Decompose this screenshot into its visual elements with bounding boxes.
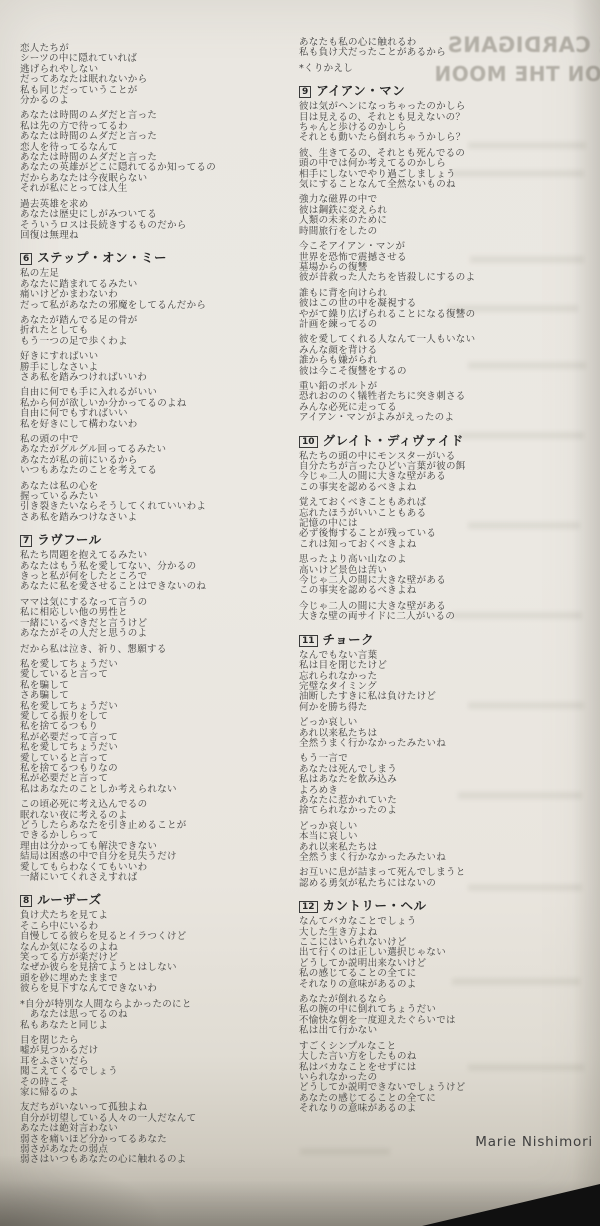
- lyric-line: それなりの意味があるのよ: [299, 980, 594, 990]
- lyric-line: 分かるのよ: [20, 96, 294, 106]
- lyric-line: 気にすることなんて全然ないものね: [299, 180, 594, 190]
- stanza: 思ったより高い山なのよ高いけど景色は苦い今じゃ二人の間に大きな壁があるこの事実を…: [299, 555, 594, 597]
- lyric-line: さあ私を踏みつければいいわ: [20, 373, 294, 383]
- track-number-badge: 7: [20, 535, 32, 547]
- lyric-line: 時間旅行をしたの: [299, 227, 594, 237]
- stanza: 私の頭の中であなたがグルグル回ってるみたいあなたが私の前にいるからいつもあなたの…: [20, 435, 294, 477]
- scan-corner-shadow-left: [0, 1156, 160, 1226]
- stanza: どっか哀しい本当に哀しいあれ以来私たちは全然うまく行かなかったみたいね: [299, 822, 594, 864]
- lyric-line: 私は出て行かない: [299, 1026, 594, 1036]
- stanza: 今じゃ二人の間に大きな壁がある大きな壁の両サイドに二人がいるの: [299, 602, 594, 623]
- song-title: 7ラヴフール: [20, 533, 294, 547]
- stanza: *くりかえし: [299, 64, 594, 74]
- stanza: 覚えておくべきこともあれば忘れたほうがいいこともある記憶の中には必ず後悔すること…: [299, 498, 594, 550]
- lyric-line: 彼らを見下すなんてできないわ: [20, 984, 294, 994]
- lyric-line: 私を好きにして構わないわ: [20, 420, 294, 430]
- stanza: ママは気にするなって言うの私に相応しい他の男性と一緒にいるべきだと言うけどあなた…: [20, 598, 294, 640]
- song-title-text: ラヴフール: [37, 532, 101, 547]
- stanza: 誰もに背を向けられ彼はこの世の中を凝視するやがて繰り広げられることになる復讐の計…: [299, 289, 594, 331]
- lyric-line: *くりかえし: [299, 64, 594, 74]
- lyric-line: 私はあなたのことしか考えられない: [20, 785, 294, 795]
- track-number-badge: 9: [299, 86, 311, 98]
- song-title: 9アイアン・マン: [299, 84, 594, 98]
- lyric-line: 好きにすればいい: [20, 352, 294, 362]
- lyric-line: 回復は無理ね: [20, 231, 294, 241]
- stanza: なんでもない言葉私は目を閉じたけど忘れられなかった完璧なタイミング油断したすきに…: [299, 651, 594, 713]
- lyric-line: 大きな壁の両サイドに二人がいるの: [299, 612, 594, 622]
- lyric-line: アイアン・マンがよみがえったのよ: [299, 413, 594, 423]
- lyric-line: 計画を練ってるの: [299, 320, 594, 330]
- lyric-line: 家に帰るのよ: [20, 1088, 294, 1098]
- stanza: 私を愛してちょうだい愛していると言って私を騙してさあ騙して私を愛してちょうだい愛…: [20, 660, 294, 795]
- stanza: 好きにすればいい勝手にしなさいよさあ私を踏みつければいいわ: [20, 352, 294, 383]
- track-number-badge: 6: [20, 253, 32, 265]
- song-title-text: ステップ・オン・ミー: [37, 250, 167, 265]
- stanza: 私たちの頭の中にモンスターがいる自分たちが言ったひどい言葉が彼の餌今じゃ二人の間…: [299, 452, 594, 494]
- lyric-line: 大した言い方をしたものね: [299, 1052, 594, 1062]
- lyric-line: 私は目を閉じたけど: [299, 661, 594, 671]
- lyric-line: だって私があなたの邪魔をしてるんだから: [20, 301, 294, 311]
- stanza: この頃必死に考え込んでるの眠れない夜に考えるのよどうしたらあなたを引き止めること…: [20, 800, 294, 883]
- lyric-line: あなたは絶対言わない: [20, 1124, 294, 1134]
- song-title-text: ルーザーズ: [37, 892, 101, 907]
- stanza: 自由に何でも手に入れるがいい私から何が欲しいか分かってるのよね自由に何でもすれば…: [20, 388, 294, 430]
- lyric-line: もう一つの足で歩くわよ: [20, 337, 294, 347]
- song-title-text: チョーク: [323, 632, 375, 647]
- stanza: もう一言であなたは死んでしまう私はあなたを飲み込みよろめきあなたに惹かれていた捨…: [299, 754, 594, 816]
- lyric-line: いつもあなたのことを考えてる: [20, 466, 294, 476]
- stanza: 恋人たちがシーツの中に隠れていれば逃げられやしないだってあなたは眠れないから私も…: [20, 44, 294, 106]
- lyrics-column-right: あなたも私の心に触れるわ私も負け犬だったことがあるから*くりかえし9アイアン・マ…: [299, 38, 594, 1120]
- lyric-line: さあ私を踏みつけなさいよ: [20, 513, 294, 523]
- track-number-badge: 10: [299, 436, 318, 448]
- lyric-line: この事実を認めるべきよね: [299, 483, 594, 493]
- stanza: 目を閉じたら嘘が見つかるだけ耳をふさいだら聞こえてくるでしょうその時こそ家に帰る…: [20, 1036, 294, 1098]
- song-title-text: グレイト・ディヴァイド: [323, 433, 464, 448]
- track-number-badge: 8: [20, 895, 32, 907]
- lyric-line: 私はあなたを飲み込み: [299, 775, 594, 785]
- song-title: 11チョーク: [299, 633, 594, 647]
- lyric-line: あなたに私を愛させることはできないのね: [20, 582, 294, 592]
- stanza: 彼は気がヘンになっちゃったのかしら目は見えるの、それとも見えないの？ちゃんと歩け…: [299, 102, 594, 144]
- stanza: あなたは時間のムダだと言った私は先の方で待ってるわあなたは時間のムダだと言った恋…: [20, 111, 294, 194]
- lyric-line: それなりの意味があるのよ: [299, 1104, 594, 1114]
- stanza: 私の左足あなたに踏まれてるみたい痛いけどかまわないわだって私があなたの邪魔をして…: [20, 269, 294, 311]
- stanza: 彼を愛してくれる人なんて一人もいないみんな顔を背ける誰からも嫌がられ彼は今こそ復…: [299, 335, 594, 377]
- lyric-line: それが私にとっては人生: [20, 184, 294, 194]
- stanza: すごくシンプルなこと大した言い方をしたものね私はバカなことをせずにはいられなかっ…: [299, 1042, 594, 1115]
- lyric-line: 彼が昔救った人たちを皆殺しにするのよ: [299, 273, 594, 283]
- song-title: 12カントリー・ヘル: [299, 899, 594, 913]
- lyric-line: 彼は今こそ復讐をするの: [299, 367, 594, 377]
- lyrics-column-left: 恋人たちがシーツの中に隠れていれば逃げられやしないだってあなたは眠れないから私も…: [20, 44, 294, 1171]
- lyric-line: どっか哀しい: [299, 718, 594, 728]
- song-title: 10グレイト・ディヴァイド: [299, 434, 594, 448]
- song-title-text: アイアン・マン: [316, 83, 405, 98]
- stanza: あなたが踏んでる足の骨が折れたとしてももう一つの足で歩くわよ: [20, 316, 294, 347]
- lyric-line: 一緒にいてくれさえすれば: [20, 873, 294, 883]
- track-number-badge: 12: [299, 901, 318, 913]
- stanza: 今こそアイアン・マンが世界を恐怖で震撼させる墓場からの復讐彼が昔救った人たちを皆…: [299, 242, 594, 284]
- lyric-line: 誰からも嫌がられ: [299, 356, 594, 366]
- stanza: あなたも私の心に触れるわ私も負け犬だったことがあるから: [299, 38, 594, 59]
- lyric-line: あなたは歴史にしがみついてる: [20, 210, 294, 220]
- stanza: 過去英雄を求めあなたは歴史にしがみついてるそういうロスは長続きするものだから回復…: [20, 200, 294, 242]
- lyric-line: 聞こえてくるでしょう: [20, 1067, 294, 1077]
- stanza: 負け犬たちを見てよそこら中にいるわ自慢してる彼らを見るとイラつくけどなんか気にな…: [20, 911, 294, 994]
- bleedthrough-smudge: [300, 1148, 390, 1155]
- stanza: 彼、生きてるの、それとも死んでるの頭の中では何か考えてるのかしら相手にしないでや…: [299, 149, 594, 191]
- lyric-line: あなたがその人だと思うのよ: [20, 629, 294, 639]
- lyric-line: これは知っておくべきよね: [299, 540, 594, 550]
- lyric-line: あなたは思ってるのね: [20, 1010, 294, 1020]
- lyric-line: 全然うまく行かなかったみたいね: [299, 739, 594, 749]
- lyric-line: 私を愛してちょうだい: [20, 743, 294, 753]
- lyric-line: 全然うまく行かなかったみたいね: [299, 853, 594, 863]
- stanza: だから私は泣き、祈り、懇願する: [20, 645, 294, 655]
- track-number-badge: 11: [299, 635, 318, 647]
- lyric-line: 今こそアイアン・マンが: [299, 242, 594, 252]
- stanza: あなたが倒れるなら私の腕の中に倒れてちょうだい不愉快な朝を一度迎えたぐらいでは私…: [299, 995, 594, 1037]
- scanned-lyrics-page: THE CARDIGANS FIRST BAND ON THE MOON 恋人た…: [0, 0, 600, 1226]
- stanza: 強力な磁界の中で彼は鋼鉄に変えられ人類の未来のために時間旅行をしたの: [299, 195, 594, 237]
- stanza: *自分が特別な人間ならよかったのにと あなたは思ってるのね私もあなたと同じよ: [20, 1000, 294, 1031]
- lyric-line: 捨てられなかったのよ: [299, 806, 594, 816]
- scan-edge-shadow: [572, 0, 600, 1226]
- lyric-line: 彼はこの世の中を凝視する: [299, 299, 594, 309]
- lyric-line: 何かを勝ち得た: [299, 703, 594, 713]
- lyric-line: さあ騙して: [20, 691, 294, 701]
- stanza: 私たち問題を抱えてるみたいあなたはもう私を愛してない、分かるのきっと私が何をした…: [20, 551, 294, 593]
- lyric-line: 私も負け犬だったことがあるから: [299, 48, 594, 58]
- lyric-line: それとも動いたら倒れちゃうかしら？: [299, 133, 594, 143]
- lyric-line: 痛いけどかまわないわ: [20, 290, 294, 300]
- stanza: 重い鉛のボルトが恐れおののく犠牲者たちに突き刺さるみんな必死に走ってるアイアン・…: [299, 382, 594, 424]
- lyric-line: だから私は泣き、祈り、懇願する: [20, 645, 294, 655]
- stanza: あなたは私の心を握っているみたい引き裂きたいならそうしてくれていいわよさあ私を踏…: [20, 482, 294, 524]
- lyric-line: 認める勇気が私たちにはないの: [299, 879, 594, 889]
- song-title: 6ステップ・オン・ミー: [20, 251, 294, 265]
- stanza: なんてバカなことでしょう大した生き方よねここにはいられないけど出て行くのは正しい…: [299, 917, 594, 990]
- song-title-text: カントリー・ヘル: [323, 898, 427, 913]
- stanza: お互いに息が詰まって死んでしまうと認める勇気が私たちにはないの: [299, 868, 594, 889]
- song-title: 8ルーザーズ: [20, 893, 294, 907]
- lyric-line: 私もあなたと同じよ: [20, 1021, 294, 1031]
- stanza: どっか哀しいあれ以来私たちは全然うまく行かなかったみたいね: [299, 718, 594, 749]
- lyric-line: この事実を認めるべきよね: [299, 586, 594, 596]
